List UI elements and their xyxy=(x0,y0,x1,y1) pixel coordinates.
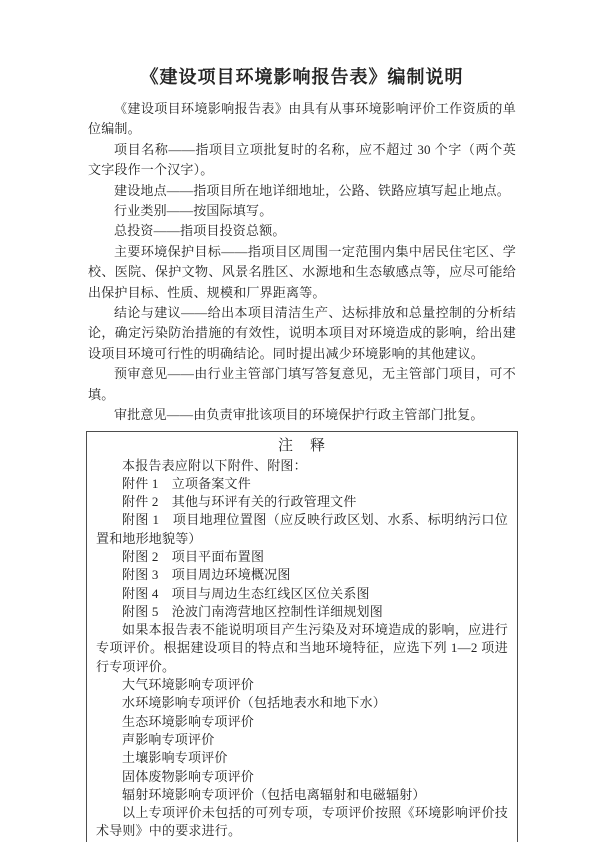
paragraph-compiler: 《建设项目环境影响报告表》由具有从事环境影响评价工作资质的单位编制。 xyxy=(88,99,516,140)
note-outro: 以上专项评价未包括的可列专项，专项评价按照《环境影响评价技术导则》中的要求进行。 xyxy=(96,804,508,841)
document-body: 《建设项目环境影响报告表》由具有从事环境影响评价工作资质的单位编制。 项目名称—… xyxy=(88,99,516,426)
paragraph-construction-site: 建设地点——指项目所在地详细地址，公路、铁路应填写起止地点。 xyxy=(88,181,516,201)
paragraph-conclusions: 结论与建议——给出本项目清洁生产、达标排放和总量控制的分析结论，确定污染防治措施… xyxy=(88,303,516,364)
document-title: 《建设项目环境影响报告表》编制说明 xyxy=(88,64,516,90)
attachment-map-1: 附图 1 项目地理位置图（应反映行政区划、水系、标明纳污口位置和地形地貌等） xyxy=(96,511,508,548)
note-box: 注 释 本报告表应附以下附件、附图： 附件 1 立项备案文件 附件 2 其他与环… xyxy=(86,431,518,842)
note-intro: 本报告表应附以下附件、附图： xyxy=(96,457,508,475)
special-item-ecology: 生态环境影响专项评价 xyxy=(96,713,508,731)
special-item-water: 水环境影响专项评价（包括地表水和地下水） xyxy=(96,694,508,712)
paragraph-preliminary-opinion: 预审意见——由行业主管部门填写答复意见，无主管部门项目，可不填。 xyxy=(88,364,516,405)
special-item-solid-waste: 固体废物影响专项评价 xyxy=(96,768,508,786)
special-item-soil: 土壤影响专项评价 xyxy=(96,749,508,767)
special-evaluation-intro: 如果本报告表不能说明项目产生污染及对环境造成的影响，应进行专项评价。根据建设项目… xyxy=(96,621,508,676)
paragraph-project-name: 项目名称——指项目立项批复时的名称，应不超过 30 个字（两个英文字段作一个汉字… xyxy=(88,140,516,181)
attachment-map-2: 附图 2 项目平面布置图 xyxy=(96,548,508,566)
paragraph-protection-targets: 主要环境保护目标——指项目区周围一定范围内集中居民住宅区、学校、医院、保护文物、… xyxy=(88,242,516,303)
note-box-heading: 注 释 xyxy=(96,435,508,457)
attachment-map-3: 附图 3 项目周边环境概况图 xyxy=(96,566,508,584)
attachment-map-4: 附图 4 项目与周边生态红线区区位关系图 xyxy=(96,585,508,603)
special-item-air: 大气环境影响专项评价 xyxy=(96,676,508,694)
special-item-noise: 声影响专项评价 xyxy=(96,731,508,749)
document-page: 《建设项目环境影响报告表》编制说明 《建设项目环境影响报告表》由具有从事环境影响… xyxy=(0,0,595,842)
paragraph-total-investment: 总投资——指项目投资总额。 xyxy=(88,221,516,241)
attachment-item-1: 附件 1 立项备案文件 xyxy=(96,475,508,493)
attachment-map-5: 附图 5 沧波门南湾营地区控制性详细规划图 xyxy=(96,603,508,621)
special-item-radiation: 辐射环境影响专项评价（包括电离辐射和电磁辐射） xyxy=(96,786,508,804)
attachment-item-2: 附件 2 其他与环评有关的行政管理文件 xyxy=(96,493,508,511)
paragraph-approval-opinion: 审批意见——由负责审批该项目的环境保护行政主管部门批复。 xyxy=(88,405,516,425)
paragraph-industry-category: 行业类别——按国际填写。 xyxy=(88,201,516,221)
